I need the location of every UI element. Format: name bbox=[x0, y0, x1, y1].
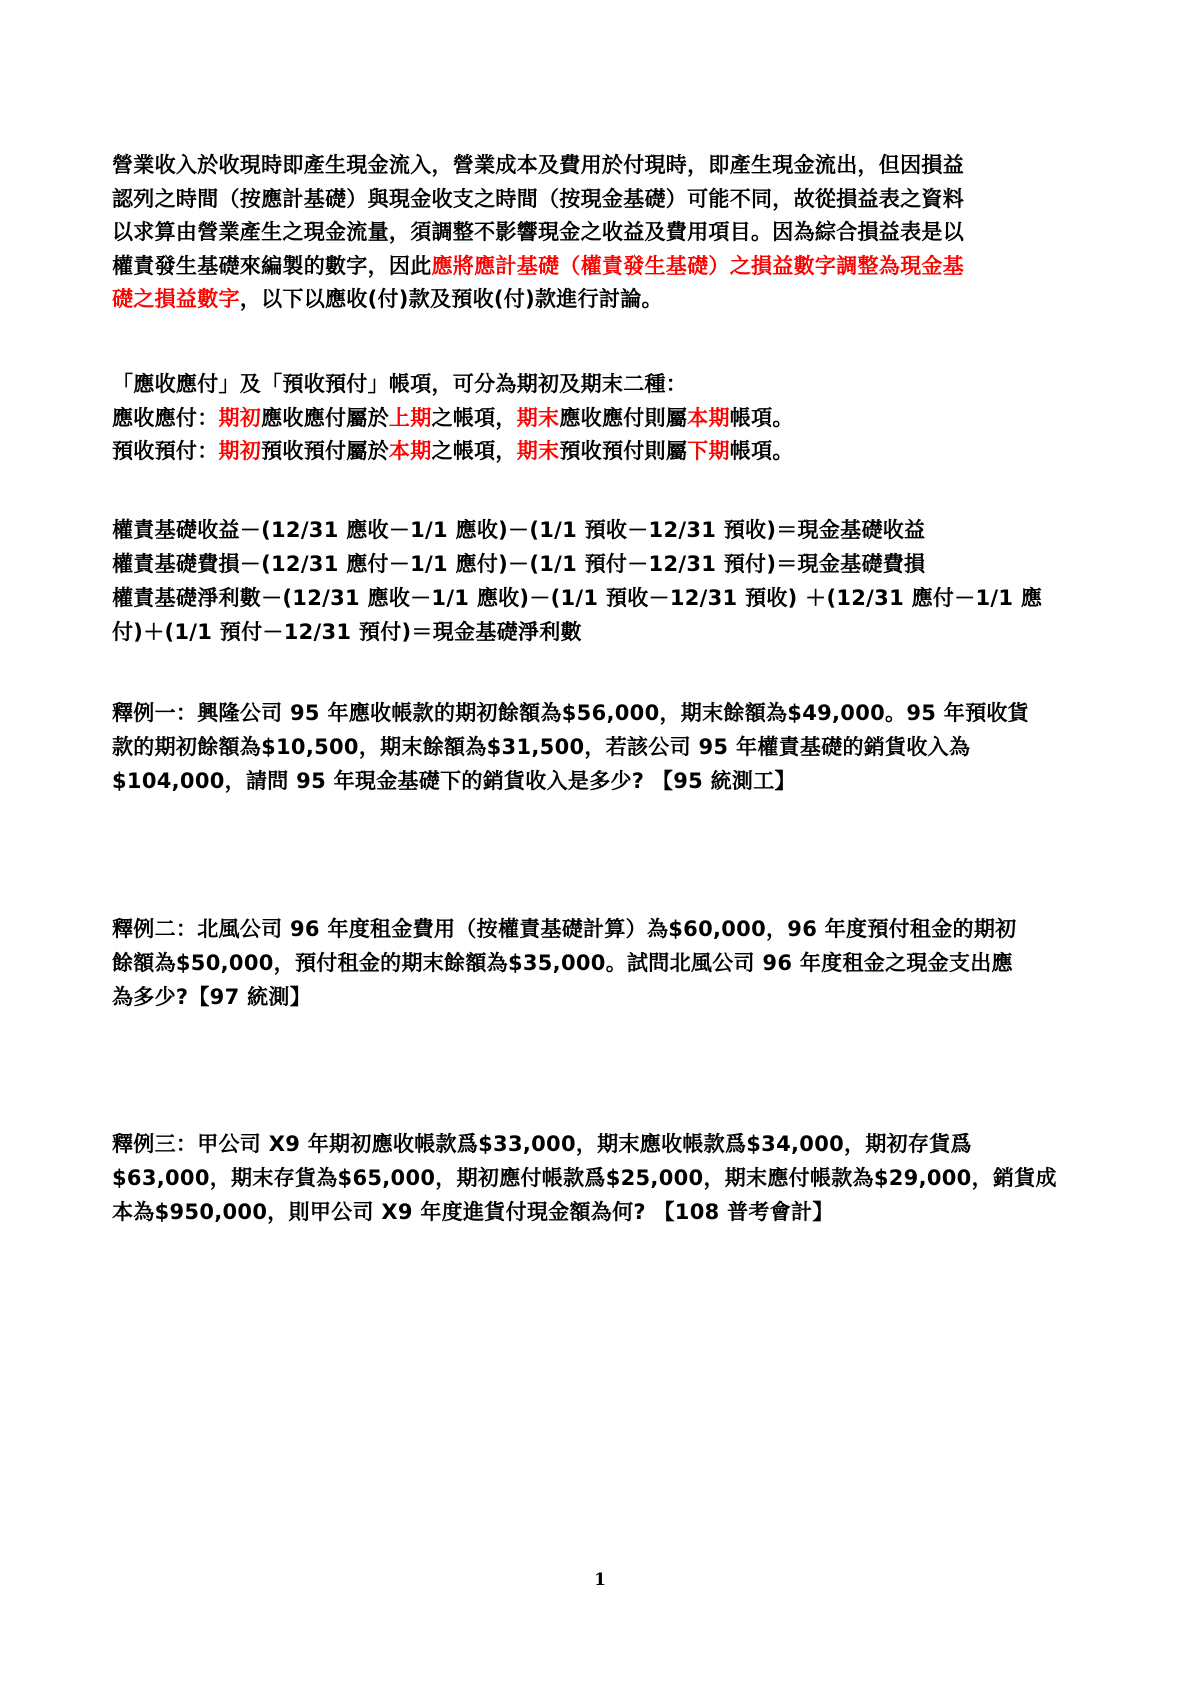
rp-term-prior-period: 上期 bbox=[389, 406, 432, 430]
example-3-line-1: 釋例三：甲公司 X9 年期初應收帳款爲$33,000，期末應收帳款爲$34,00… bbox=[112, 1130, 1102, 1158]
example-2-line-1: 釋例二：北風公司 96 年度租金費用（按權責基礎計算）為$60,000，96 年… bbox=[112, 915, 1102, 943]
intro-line-1: 營業收入於收現時即產生現金流入，營業成本及費用於付現時，即產生現金流出，但因損益 bbox=[112, 151, 1102, 179]
adv-text-1: 預收預付屬於 bbox=[261, 439, 389, 463]
page-number: 1 bbox=[0, 1570, 1200, 1590]
rp-label: 應收應付： bbox=[112, 406, 219, 430]
example-3-line-3: 本為$950,000，則甲公司 X9 年度進貨付現金額為何? 【108 普考會計… bbox=[112, 1198, 1102, 1226]
intro-highlight-text: 應將應計基礎（權責發生基礎）之損益數字調整為現金基 bbox=[432, 254, 965, 278]
rp-term-ending: 期末 bbox=[517, 406, 560, 430]
intro-line-5: 礎之損益數字，以下以應收(付)款及預收(付)款進行討論。 bbox=[112, 285, 1102, 313]
example-3-line-2: $63,000，期末存貨為$65,000，期初應付帳款爲$25,000，期末應付… bbox=[112, 1164, 1102, 1192]
adv-term-current-period: 本期 bbox=[389, 439, 432, 463]
formula-expense: 權責基礎費損－(12/31 應付－1/1 應付)－(1/1 預付－12/31 預… bbox=[112, 550, 1102, 578]
example-1-line-3: $104,000，請問 95 年現金基礎下的銷貨收入是多少? 【95 統測工】 bbox=[112, 767, 1102, 795]
adv-label: 預收預付： bbox=[112, 439, 219, 463]
intro-line-5-text: ，以下以應收(付)款及預收(付)款進行討論。 bbox=[240, 287, 663, 311]
rp-term-beginning: 期初 bbox=[219, 406, 262, 430]
example-2-line-2: 餘額為$50,000，預付租金的期末餘額為$35,000。試問北風公司 96 年… bbox=[112, 949, 1102, 977]
intro-line-2: 認列之時間（按應計基礎）與現金收支之時間（按現金基礎）可能不同，故從損益表之資料 bbox=[112, 185, 1102, 213]
rp-text-2: 之帳項， bbox=[432, 406, 517, 430]
formula-revenue: 權責基礎收益－(12/31 應收－1/1 應收)－(1/1 預收－12/31 預… bbox=[112, 516, 1102, 544]
formula-net-income: 權責基礎淨利數－(12/31 應收－1/1 應收)－(1/1 預收－12/31 … bbox=[112, 584, 1102, 612]
receivable-payable-line: 應收應付：期初應收應付屬於上期之帳項，期末應收應付則屬本期帳項。 bbox=[112, 404, 1102, 432]
adv-term-ending: 期末 bbox=[517, 439, 560, 463]
intro-highlight-text-cont: 礎之損益數字 bbox=[112, 287, 240, 311]
rp-term-current-period: 本期 bbox=[687, 406, 730, 430]
intro-line-3: 以求算由營業產生之現金流量，須調整不影響現金之收益及費用項目。因為綜合損益表是以 bbox=[112, 218, 1102, 246]
example-1-line-2: 款的期初餘額為$10,500，期末餘額為$31,500，若該公司 95 年權責基… bbox=[112, 733, 1102, 761]
adv-text-2: 之帳項， bbox=[432, 439, 517, 463]
rp-text-4: 帳項。 bbox=[730, 406, 794, 430]
advance-line: 預收預付：期初預收預付屬於本期之帳項，期末預收預付則屬下期帳項。 bbox=[112, 437, 1102, 465]
document-page: 營業收入於收現時即產生現金流入，營業成本及費用於付現時，即產生現金流出，但因損益… bbox=[0, 0, 1200, 1696]
rp-text-1: 應收應付屬於 bbox=[261, 406, 389, 430]
adv-text-3: 預收預付則屬 bbox=[559, 439, 687, 463]
adv-text-4: 帳項。 bbox=[730, 439, 794, 463]
intro-line-4: 權責發生基礎來編製的數字，因此應將應計基礎（權責發生基礎）之損益數字調整為現金基 bbox=[112, 252, 1102, 280]
example-2-line-3: 為多少?【97 統測】 bbox=[112, 983, 1102, 1011]
adv-term-next-period: 下期 bbox=[687, 439, 730, 463]
example-1-line-1: 釋例一：興隆公司 95 年應收帳款的期初餘額為$56,000，期末餘額為$49,… bbox=[112, 699, 1102, 727]
intro-line-4-text: 權責發生基礎來編製的數字，因此 bbox=[112, 254, 432, 278]
adv-term-beginning: 期初 bbox=[219, 439, 262, 463]
categories-heading: 「應收應付」及「預收預付」帳項，可分為期初及期末二種： bbox=[112, 370, 1102, 398]
rp-text-3: 應收應付則屬 bbox=[559, 406, 687, 430]
formula-net-income-cont: 付)＋(1/1 預付－12/31 預付)＝現金基礎淨利數 bbox=[112, 618, 1102, 646]
